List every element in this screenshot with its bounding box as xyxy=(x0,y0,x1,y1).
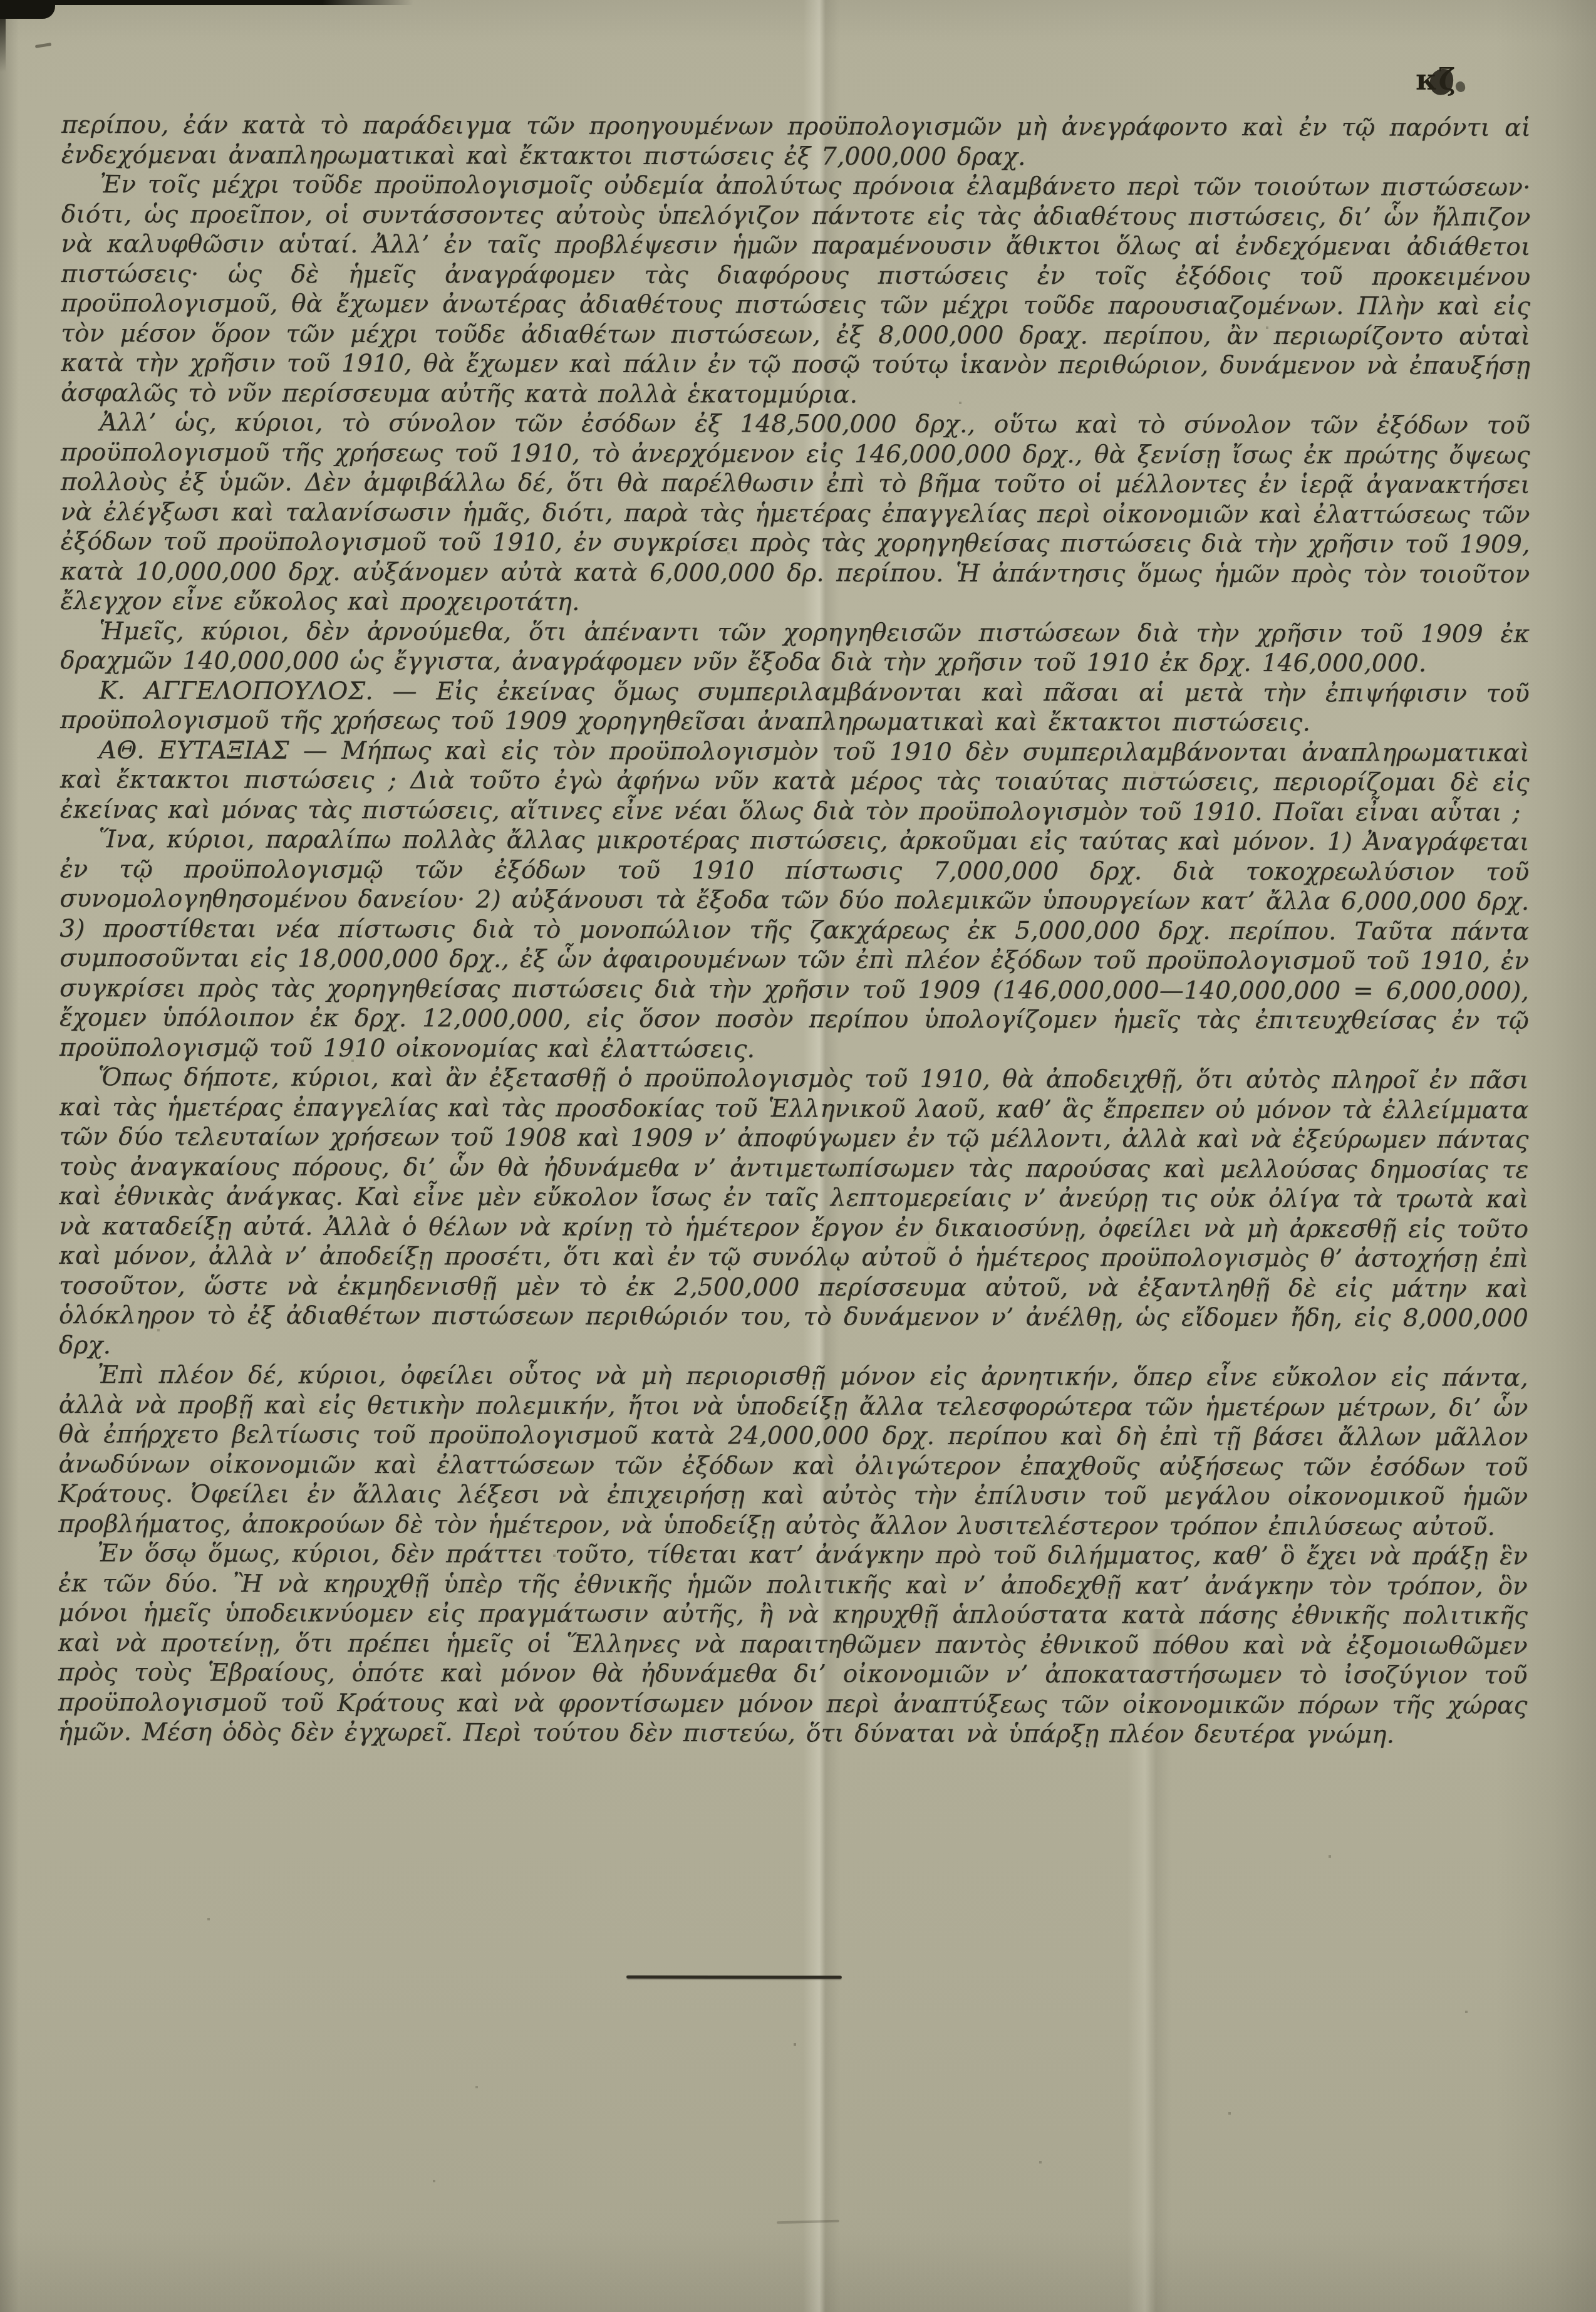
paragraph-speaker-aggelopoulos: Κ. ΑΓΓΕΛΟΠΟΥΛΟΣ. — Εἰς ἐκείνας ὅμως συμπ… xyxy=(60,675,1530,738)
section-divider-rule xyxy=(626,1976,842,1979)
paragraph: Ἡμεῖς, κύριοι, δὲν ἀρνούμεθα, ὅτι ἀπέναν… xyxy=(60,616,1530,679)
paragraph: περίπου, ἐάν κατὰ τὸ παράδειγμα τῶν προη… xyxy=(61,110,1531,173)
paragraph: Ἵνα, κύριοι, παραλίπω πολλὰς ἄλλας μικρο… xyxy=(60,825,1530,1066)
paragraph: Ἐν ὅσῳ ὅμως, κύριοι, δὲν πράττει τοῦτο, … xyxy=(58,1539,1528,1750)
scan-edge-artifact xyxy=(0,0,413,5)
paragraph: Ἐπὶ πλέον δέ, κύριοι, ὀφείλει οὗτος νὰ μ… xyxy=(58,1360,1528,1542)
paper-stain xyxy=(35,43,51,48)
paragraph: Ἀλλ’ ὡς, κύριοι, τὸ σύνολον τῶν ἐσόδων ἐ… xyxy=(60,408,1530,619)
scan-edge-artifact xyxy=(0,0,6,72)
paragraph-speaker-eutaxias: ΑΘ. ΕΥΤΑΞΙΑΣ — Μήπως καὶ εἰς τὸν προϋπολ… xyxy=(60,735,1530,827)
paragraph: Ὅπως δήποτε, κύριοι, καὶ ἂν ἐξετασθῇ ὁ π… xyxy=(59,1063,1529,1363)
text-block: περίπου, ἐάν κατὰ τὸ παράδειγμα τῶν προη… xyxy=(58,110,1531,1750)
scanned-document-page: κζ περίπου, ἐάν κατὰ τὸ παράδειγμα τῶν π… xyxy=(0,0,1596,2312)
scan-edge-artifact xyxy=(0,0,55,19)
paragraph: Ἐν τοῖς μέχρι τοῦδε προϋπολογισμοῖς οὐδε… xyxy=(61,170,1531,411)
paper-specks xyxy=(0,0,1,1)
